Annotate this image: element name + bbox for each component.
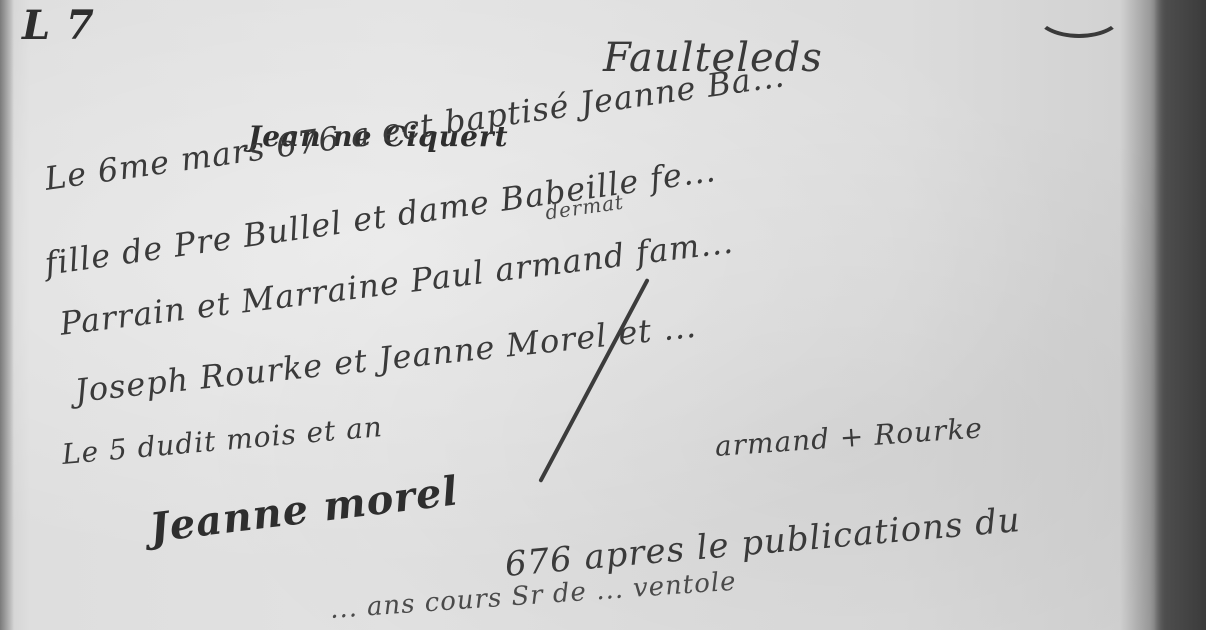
entry-line-6: 676 apres le publications du [503, 500, 1022, 585]
page-left-edge [0, 0, 14, 630]
top-number: L 7 [22, 2, 95, 49]
manuscript-page: L 7 Faulteleds Jean ne Ciquert Le 6me ma… [0, 0, 1206, 630]
entry-line-5: Le 5 dudit mois et an [61, 410, 385, 471]
signature-armand-rourke: armand + Rourke [714, 411, 984, 463]
binding-shadow [1154, 0, 1206, 630]
diagonal-strike-line [538, 278, 650, 483]
signature-jeanne-morel: Jeanne morel [147, 467, 461, 551]
corner-flourish [1035, 0, 1123, 38]
